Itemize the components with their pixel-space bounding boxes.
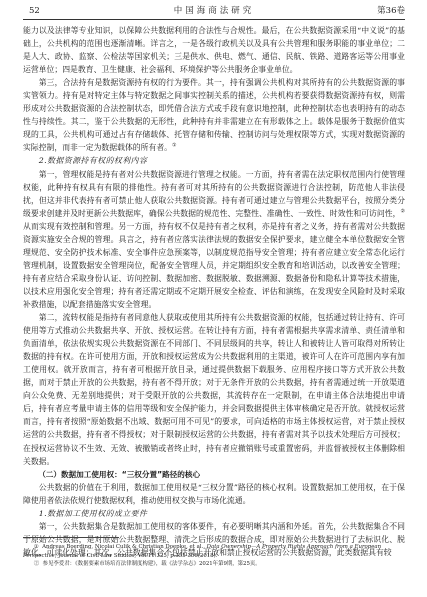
footnote-2: ② 参见李爱君：《数据要素市场培育法律制度构建》，载《法学杂志》2021年第9期… [23, 560, 405, 569]
footnote-authors: Andreas Boerding, Nicolai Culik & Christ… [42, 544, 205, 550]
footnote-rule [23, 537, 119, 538]
footnote-ref[interactable]: ② [401, 208, 405, 214]
footnote-ref[interactable]: ① [172, 143, 176, 149]
paragraph-text: 第一，管理权能是持有者对公共数据资源进行管理之权能。一方面，持有者需在法定职权范… [23, 170, 405, 218]
header-rule [23, 19, 405, 20]
footnote-1: ① Andreas Boerding, Nicolai Culik & Chri… [23, 543, 405, 560]
volume-label: 第36卷 [377, 4, 405, 18]
paragraph: 第二，流转权能是指持有者同意他人获取或使用其所持有公共数据资源的权能，包括通过转… [23, 311, 405, 468]
paragraph: 第三，合法持有是数据资源持有权的行为要件。其一，持有强调公共机构对其所持有的公共… [23, 76, 405, 154]
footnotes: ① Andreas Boerding, Nicolai Culik & Chri… [23, 543, 405, 569]
journal-title: 中国海商法研究 [23, 4, 405, 18]
footnote-mark: ② [34, 561, 39, 567]
paragraph: 第一，管理权能是持有者对公共数据资源进行管理之权能。一方面，持有者需在法定职权范… [23, 168, 405, 312]
paragraph: 公共数据的价值在于利用，数据加工使用权是“三权分置”路径的核心权利。设置数据加工… [23, 481, 405, 507]
footnote-source: , Journal of Civil Law Studies, Vol.11:3… [55, 553, 218, 559]
section-heading: （二）数据加工使用权：“三权分置”路径的核心 [23, 468, 405, 481]
running-head: 52 中国海商法研究 第36卷 [23, 4, 405, 18]
paragraph-text: 从而实现有效控制和管理。另一方面，持有权不仅是持有者之权利，亦是持有者之义务，持… [23, 222, 405, 309]
footnote-mark: ① [34, 544, 39, 550]
paragraph: 能力以及法律等专业知识，以保障公共数据利用的合法性与合规性。最后，在公共数据资源… [23, 24, 405, 76]
subsection-heading: 2.数据资源持有权的权利内容 [23, 154, 405, 167]
paragraph-text: 第三，合法持有是数据资源持有权的行为要件。其一，持有强调公共机构对其所持有的公共… [23, 78, 405, 152]
footnote-text: 参见李爱君：《数据要素市场培育法律制度构建》，载《法学杂志》2021年第9期，第… [43, 561, 261, 567]
subsection-heading: 1.数据加工使用权的成立要件 [23, 507, 405, 520]
article-body: 能力以及法律等专业知识，以保障公共数据利用的合法性与合规性。最后，在公共数据资源… [23, 24, 405, 559]
